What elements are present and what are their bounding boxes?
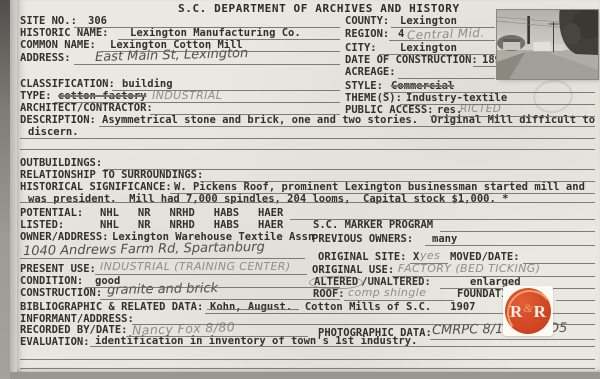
ruled-line bbox=[99, 126, 595, 127]
ruled-line bbox=[20, 138, 595, 139]
listed-label: LISTED: bbox=[20, 220, 64, 231]
county-value: Lexington bbox=[400, 16, 457, 27]
ruled-line bbox=[425, 245, 595, 246]
construction-label: CONSTRUCTION: bbox=[20, 288, 102, 299]
region-label: REGION: bbox=[345, 29, 389, 40]
ruled-line bbox=[344, 300, 454, 301]
ruled-line bbox=[473, 66, 497, 67]
historical-significance-line2: was president. Mill had 7,000 spindles, … bbox=[28, 194, 508, 205]
acreage-label: ACREAGE: bbox=[345, 67, 396, 78]
listed-values: NHL NR NRHD HABS HAER bbox=[100, 220, 283, 231]
owner-address-handwritten-value: 1040 Andrews Farm Rd, Spartanburg bbox=[23, 240, 265, 259]
bibliographic-value: Kohn, August. Cotton Mills of S.C. 1907 bbox=[210, 302, 476, 313]
style-value: Commercial bbox=[391, 81, 454, 92]
site-no-label: SITE NO.: bbox=[20, 16, 77, 27]
construction-handwritten-value: granite and brick bbox=[107, 281, 218, 298]
roof-handwritten-value: comp shingle bbox=[348, 286, 426, 299]
ruled-line bbox=[379, 54, 495, 55]
style-label: STYLE: bbox=[345, 81, 383, 92]
ruled-line bbox=[20, 258, 305, 259]
owner-address-label: OWNER/ADDRESS: bbox=[20, 232, 109, 243]
condition-label: CONDITION: bbox=[20, 276, 83, 287]
evaluation-label: EVALUATION: bbox=[20, 337, 90, 348]
ruled-line bbox=[200, 181, 595, 182]
logo-disc: R & R bbox=[505, 288, 551, 334]
date-of-construction-label: DATE OF CONSTRUCTION: bbox=[345, 55, 478, 66]
ruled-line bbox=[95, 274, 307, 275]
description-label: DESCRIPTION: bbox=[20, 115, 96, 126]
ruled-line bbox=[430, 116, 595, 117]
previous-owners-value: many bbox=[432, 234, 457, 245]
themes-label: THEME(S): bbox=[345, 93, 402, 104]
ruled-line bbox=[104, 169, 595, 170]
ruled-line bbox=[150, 114, 340, 115]
historical-significance-line1: W. Pickens Roof, prominent Lexington bus… bbox=[174, 182, 585, 193]
ruled-line bbox=[389, 40, 495, 41]
type-label: TYPE: bbox=[20, 91, 52, 102]
ruled-line bbox=[410, 263, 448, 264]
original-use-label: ORIGINAL USE: bbox=[312, 265, 394, 276]
description-line2: discern. bbox=[28, 127, 79, 138]
ruled-line bbox=[90, 346, 595, 347]
original-site-label: ORIGINAL SITE: bbox=[318, 252, 407, 263]
ruled-line bbox=[102, 51, 340, 52]
ruled-line bbox=[20, 359, 595, 360]
historic-name-label: HISTORIC NAME: bbox=[20, 28, 109, 39]
ruled-line bbox=[290, 219, 595, 220]
mill-building-shape bbox=[533, 42, 550, 51]
address-handwritten-value: East Main St, Lexington bbox=[95, 46, 249, 65]
ruled-line bbox=[440, 231, 595, 232]
ruled-line bbox=[430, 339, 595, 340]
ruled-line bbox=[392, 276, 595, 277]
common-name-label: COMMON NAME: bbox=[20, 40, 96, 51]
scanner-background bbox=[0, 0, 10, 379]
historic-name-value: Lexington Manufacturing Co. bbox=[130, 28, 301, 39]
logo-ring bbox=[504, 287, 556, 339]
site-no-value: 306 bbox=[88, 16, 107, 27]
ruled-line bbox=[85, 287, 340, 288]
ruled-line bbox=[112, 90, 340, 91]
ruled-line bbox=[54, 102, 340, 103]
city-value: Lexington bbox=[400, 43, 457, 54]
region-typed-value: 4 bbox=[398, 29, 404, 40]
classification-label: CLASSIFICATION: bbox=[20, 79, 115, 90]
paper-edge bbox=[10, 0, 17, 372]
county-label: COUNTY: bbox=[345, 16, 389, 27]
ruled-line bbox=[126, 336, 308, 337]
smokestack-shape bbox=[527, 16, 530, 44]
city-label: CITY: bbox=[345, 43, 377, 54]
ruled-line bbox=[20, 202, 595, 203]
potential-values: NHL NR NRHD HABS HAER bbox=[100, 208, 283, 219]
ruled-line bbox=[523, 263, 595, 264]
ruled-line bbox=[20, 149, 595, 150]
ruled-line bbox=[398, 78, 495, 79]
ruled-line bbox=[118, 39, 340, 40]
ruled-line bbox=[170, 193, 595, 194]
relationship-label: RELATIONSHIP TO SURROUNDINGS: bbox=[20, 170, 203, 181]
form-title: S.C. DEPARTMENT OF ARCHIVES AND HISTORY bbox=[178, 3, 460, 14]
outbuildings-label: OUTBUILDINGS: bbox=[20, 158, 102, 169]
ruled-line bbox=[20, 368, 595, 369]
mill-street-photo bbox=[497, 10, 598, 79]
original-site-handwritten-value: yes bbox=[420, 249, 440, 262]
present-use-label: PRESENT USE: bbox=[20, 264, 96, 275]
architect-contractor-label: ARCHITECT/CONTRACTOR: bbox=[20, 103, 153, 114]
ruled-line bbox=[391, 27, 495, 28]
previous-owners-label: PREVIOUS OWNERS: bbox=[312, 234, 413, 245]
ruled-line bbox=[556, 300, 595, 301]
bibliographic-label: BIBLIOGRAPHIC & RELATED DATA: bbox=[20, 302, 203, 313]
scanned-survey-form: S.C. DEPARTMENT OF ARCHIVES AND HISTORY … bbox=[0, 0, 600, 379]
rr-watermark-logo: R & R bbox=[503, 286, 553, 336]
potential-label: POTENTIAL: bbox=[20, 208, 83, 219]
ruled-line bbox=[207, 309, 299, 310]
sc-marker-program-label: S.C. MARKER PROGRAM bbox=[313, 220, 433, 231]
historical-significance-label: HISTORICAL SIGNIFICANCE: bbox=[20, 182, 172, 193]
ruled-line bbox=[100, 299, 340, 300]
address-label: ADDRESS: bbox=[20, 53, 71, 64]
type-typed-value: cotton factory bbox=[58, 91, 147, 102]
ruled-line bbox=[74, 64, 340, 65]
ruled-line bbox=[74, 27, 340, 28]
present-use-handwritten-value: INDUSTRIAL (TRAINING CENTER) bbox=[100, 260, 291, 273]
